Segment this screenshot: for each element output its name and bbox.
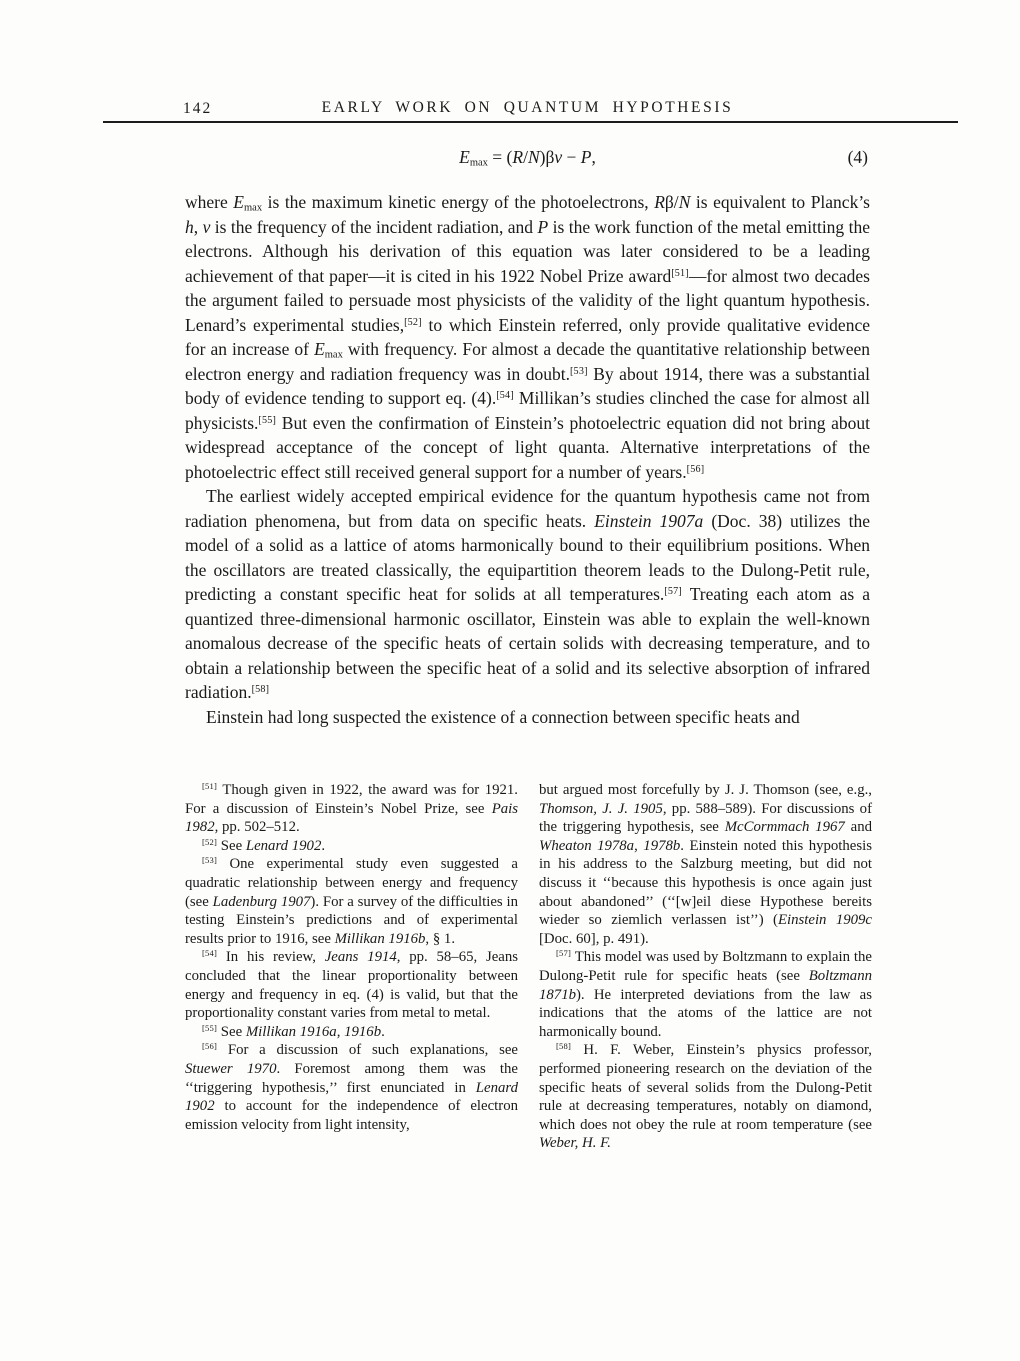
text-segment: In his review, (217, 949, 325, 965)
footnote: [57] This model was used by Boltzmann to… (539, 948, 872, 1041)
text-segment: E (233, 192, 244, 212)
footnote-marker: [57] (664, 586, 682, 597)
text-segment: But even the confirmation of Einstein’s … (185, 413, 870, 482)
footnote-marker: [51] (671, 268, 689, 279)
footnote-marker: [58] (556, 1041, 571, 1051)
footnote: but argued most forcefully by J. J. Thom… (539, 781, 872, 948)
text-segment: Weber, H. F. (539, 1135, 611, 1151)
text-segment: , § 1. (425, 931, 455, 947)
text-segment: Einstein 1907a (594, 511, 703, 531)
footnote: [55] See Millikan 1916a, 1916b. (185, 1023, 518, 1042)
text-segment: N (679, 192, 691, 212)
text-segment: For a discussion of such explanations, s… (217, 1042, 518, 1058)
text-segment: . (321, 838, 325, 854)
text-segment: P (537, 217, 548, 237)
body-text: where Emax is the maximum kinetic energy… (185, 190, 870, 729)
text-segment: ν (554, 147, 562, 167)
text-segment: Jeans 1914 (325, 949, 397, 965)
footnote: [51] Though given in 1922, the award was… (185, 781, 518, 837)
text-segment: max (325, 350, 343, 361)
footnote: [58] H. F. Weber, Einstein’s physics pro… (539, 1041, 872, 1153)
text-segment: See (217, 1024, 246, 1040)
text-segment: Stuewer 1970 (185, 1061, 276, 1077)
text-segment: Millikan 1916b (335, 931, 426, 947)
footnote-marker: [57] (556, 948, 571, 958)
footnote: [56] For a discussion of such explanatio… (185, 1041, 518, 1134)
footnote-marker: [56] (202, 1041, 217, 1051)
footnotes-right-column: but argued most forcefully by J. J. Thom… (539, 781, 872, 1153)
text-segment: )β (540, 147, 555, 167)
footnote-marker: [55] (202, 1023, 217, 1033)
text-segment: where (185, 192, 233, 212)
footnote-marker: [55] (258, 415, 276, 426)
footnote-marker: [51] (202, 781, 217, 791)
text-segment: ). He interpreted deviations from the la… (539, 987, 872, 1040)
text-segment: to account for the independence of elect… (185, 1098, 518, 1133)
text-segment: = ( (488, 147, 512, 167)
text-segment: 1978b (643, 838, 680, 854)
text-segment: max (244, 203, 262, 214)
footnote-marker: [52] (202, 837, 217, 847)
text-segment: , (634, 838, 643, 854)
text-segment: , (194, 217, 203, 237)
footnote-marker: [53] (570, 366, 588, 377)
header-rule (103, 121, 958, 123)
page-header: 142 EARLY WORK ON QUANTUM HYPOTHESIS (185, 99, 870, 117)
text-segment: and (845, 819, 872, 835)
text-segment: is the frequency of the incident radiati… (210, 217, 537, 237)
text-segment: Thomson, J. J. 1905 (539, 801, 663, 817)
footnote-marker: [52] (404, 317, 422, 328)
text-segment: . (381, 1024, 385, 1040)
text-segment: Lenard 1902 (246, 838, 322, 854)
footnotes-left-column: [51] Though given in 1922, the award was… (185, 781, 518, 1134)
text-segment: Millikan 1916a (246, 1024, 337, 1040)
text-segment: N (528, 147, 540, 167)
text-segment: McCormmach 1967 (725, 819, 845, 835)
text-segment: R (654, 192, 665, 212)
text-segment: Ladenburg 1907 (213, 894, 311, 910)
text-segment: Einstein had long suspected the existenc… (206, 707, 800, 727)
text-segment: is equivalent to Planck’s (690, 192, 870, 212)
photoelectric-equation: Emax = (R/N)βν − P, (459, 147, 596, 167)
text-segment: See (217, 838, 246, 854)
text-segment: Though given in 1922, the award was for … (185, 782, 518, 817)
text-segment: h (185, 217, 194, 237)
text-segment: E (314, 339, 325, 359)
footnote-marker: [53] (202, 855, 217, 865)
text-segment: max (470, 158, 488, 169)
footnote: [52] See Lenard 1902. (185, 837, 518, 856)
equation-number: (4) (848, 147, 868, 168)
footnote-marker: [58] (252, 684, 270, 695)
text-segment: − (562, 147, 581, 167)
body-paragraph: Einstein had long suspected the existenc… (185, 705, 870, 730)
text-segment: P (581, 147, 592, 167)
text-segment: H. F. Weber, Einstein’s physics professo… (539, 1042, 872, 1132)
footnote-marker: [54] (496, 390, 514, 401)
text-segment: E (459, 147, 470, 167)
text-segment: [Doc. 60], p. 491). (539, 931, 649, 947)
text-segment: 1916b (344, 1024, 381, 1040)
footnote: [54] In his review, Jeans 1914, pp. 58–6… (185, 948, 518, 1022)
book-page: 142 EARLY WORK ON QUANTUM HYPOTHESIS Ema… (0, 0, 1020, 1361)
text-segment: is the maximum kinetic energy of the pho… (262, 192, 654, 212)
footnote-marker: [54] (202, 948, 217, 958)
text-segment: , pp. 502–512. (215, 819, 300, 835)
text-segment: R (512, 147, 523, 167)
text-segment: β/ (665, 192, 679, 212)
text-segment: Wheaton 1978a (539, 838, 634, 854)
equation-block: Emax = (R/N)βν − P, (4) (185, 147, 870, 168)
running-head: EARLY WORK ON QUANTUM HYPOTHESIS (185, 99, 870, 117)
text-segment: Einstein 1909c (778, 912, 872, 928)
text-segment: , (337, 1024, 344, 1040)
text-segment: , (591, 147, 595, 167)
footnote-marker: [56] (687, 464, 705, 475)
text-segment: but argued most forcefully by J. J. Thom… (539, 782, 872, 798)
footnote: [53] One experimental study even suggest… (185, 855, 518, 948)
body-paragraph: The earliest widely accepted empirical e… (185, 484, 870, 705)
page-number: 142 (183, 100, 212, 118)
body-paragraph: where Emax is the maximum kinetic energy… (185, 190, 870, 484)
